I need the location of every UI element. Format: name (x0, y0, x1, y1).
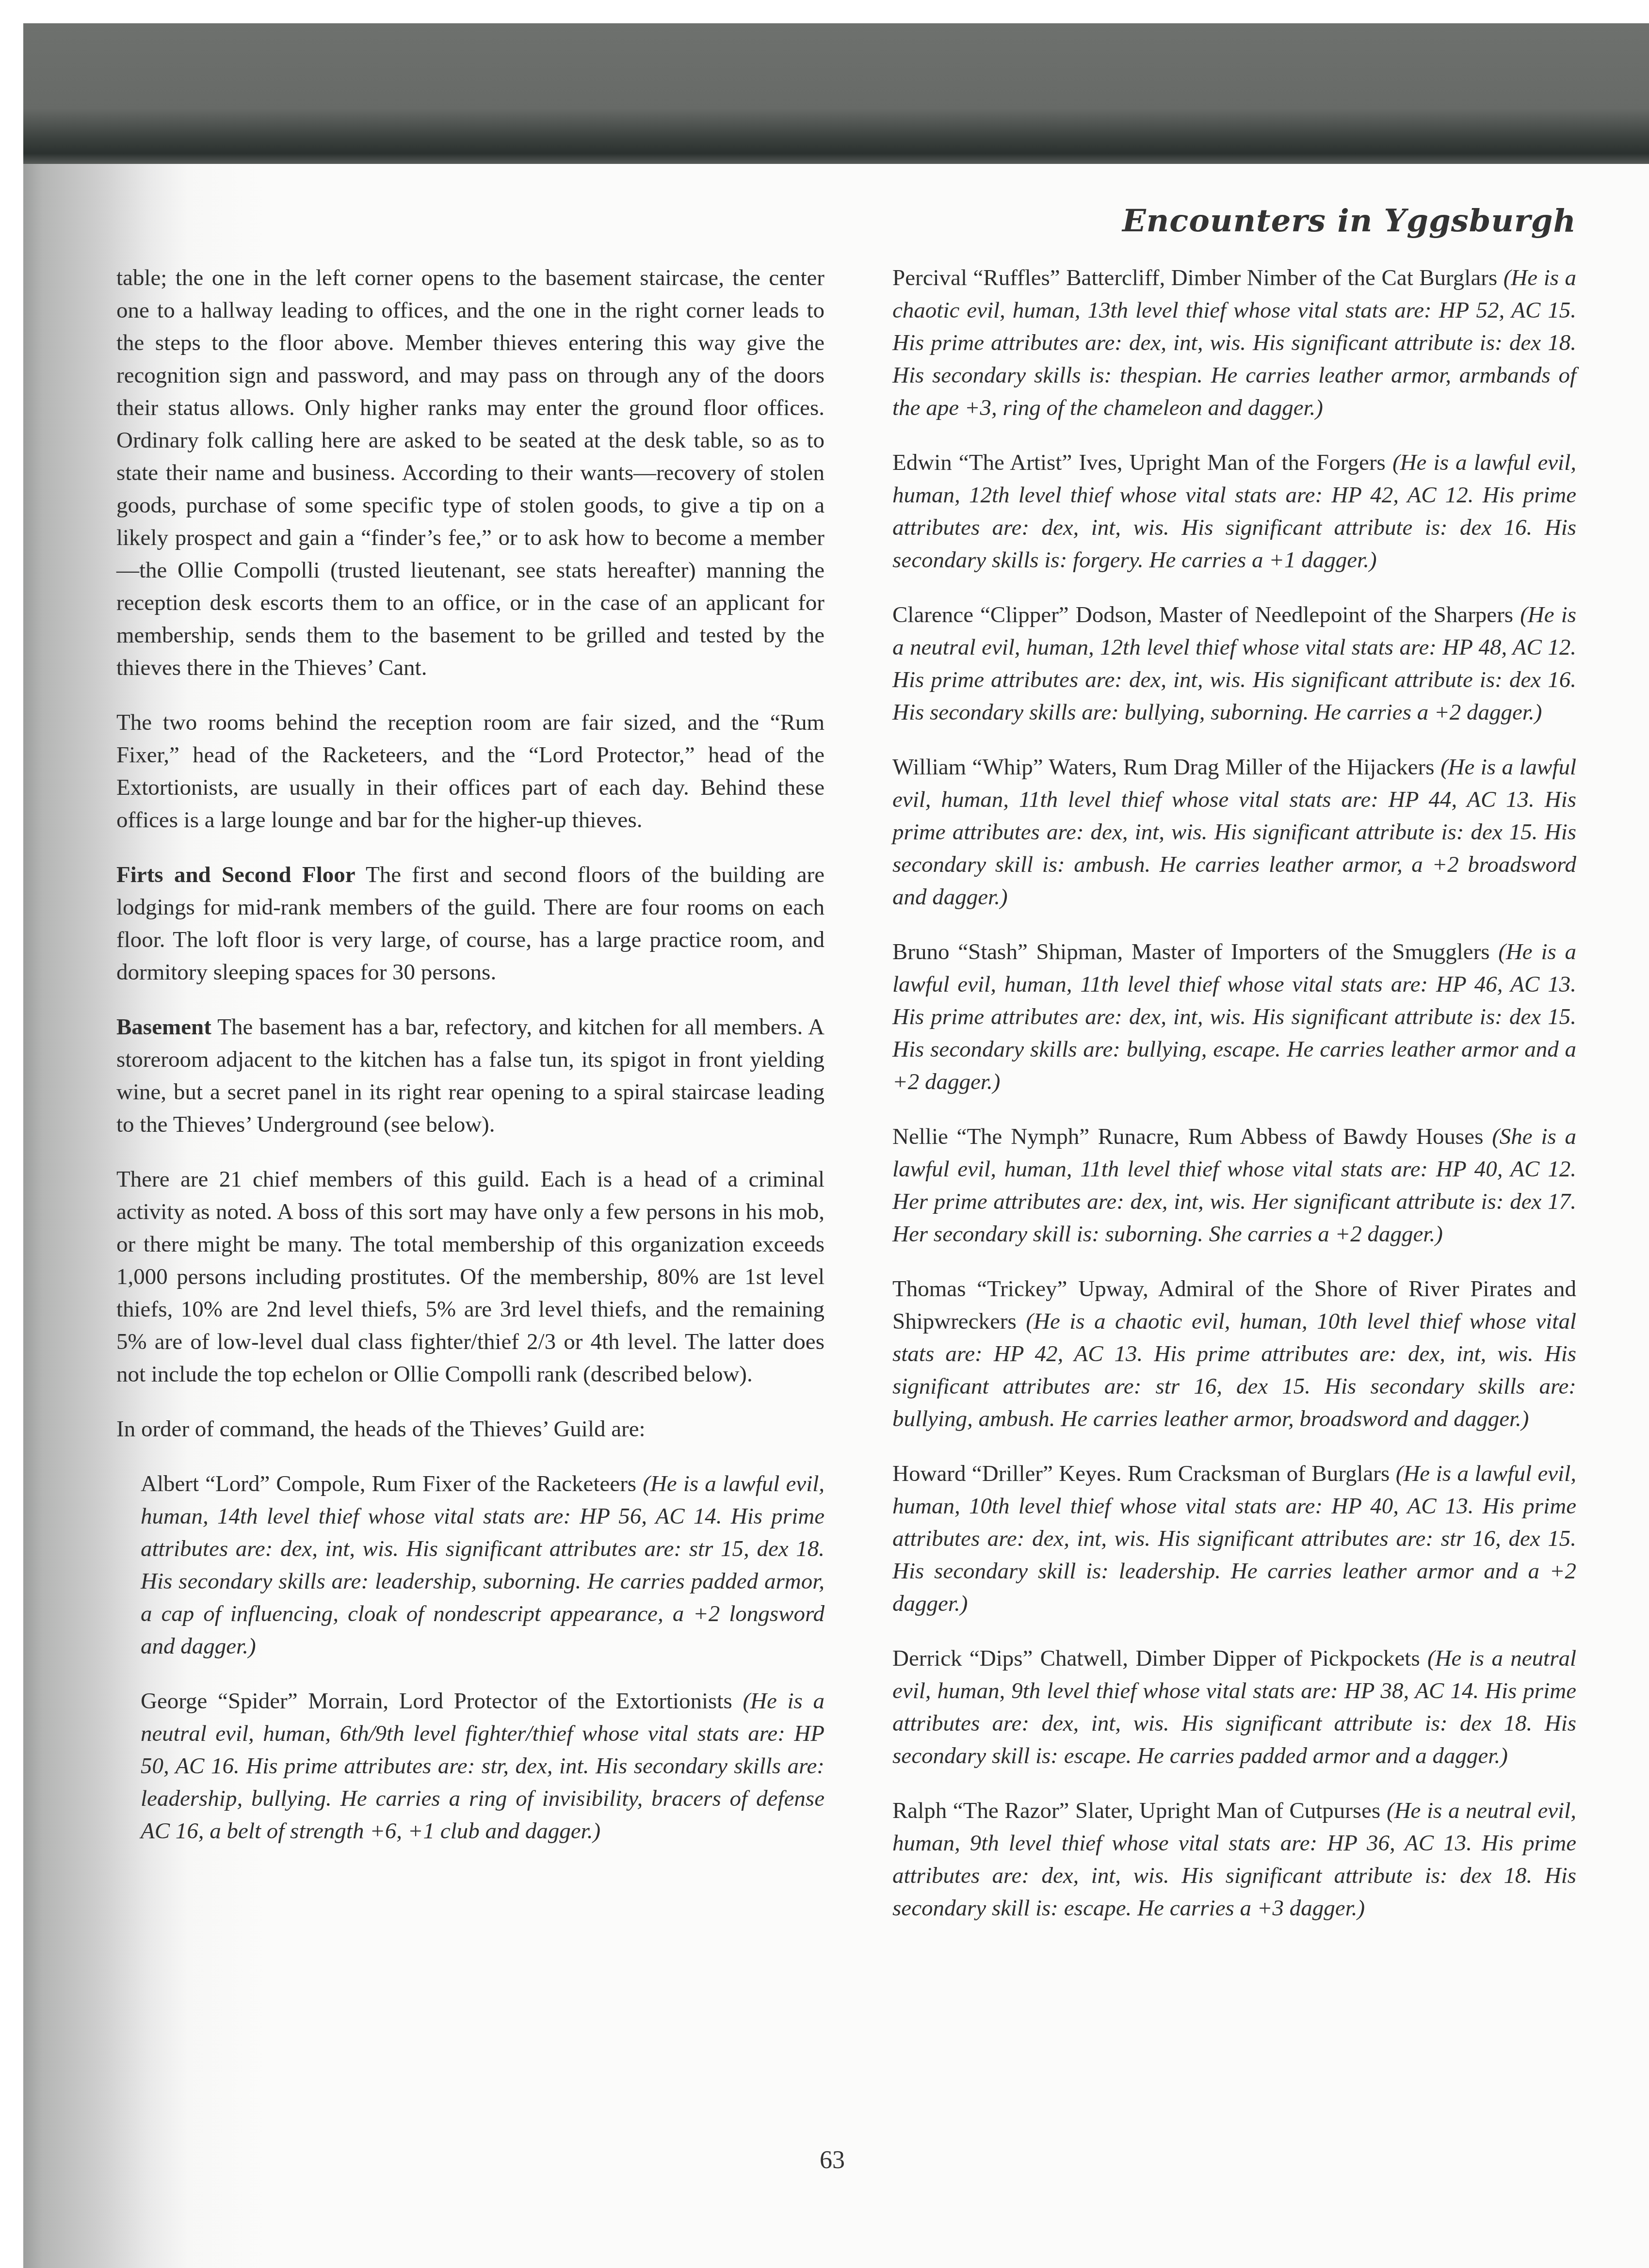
section-lead-floors: Firts and Second Floor (116, 862, 356, 887)
right-column: Percival “Ruffles” Battercliff, Dimber N… (892, 262, 1576, 1947)
guild-head-entry: Howard “Driller” Keyes. Rum Cracksman of… (892, 1458, 1576, 1620)
guild-head-entry: William “Whip” Waters, Rum Drag Miller o… (892, 751, 1576, 914)
guild-head-entry: Clarence “Clipper” Dodson, Master of Nee… (892, 599, 1576, 729)
guild-head-name: George “Spider” Morrain, Lord Protector … (141, 1689, 743, 1714)
guild-head-entry: Bruno “Stash” Shipman, Master of Importe… (892, 936, 1576, 1098)
section-lead-basement: Basement (116, 1014, 211, 1040)
guild-head-entry: Edwin “The Artist” Ives, Upright Man of … (892, 447, 1576, 577)
paragraph-command-intro: In order of command, the heads of the Th… (116, 1413, 824, 1446)
guild-head-entry: Derrick “Dips” Chatwell, Dimber Dipper o… (892, 1642, 1576, 1772)
guild-head-entry: Thomas “Trickey” Upway, Admiral of the S… (892, 1273, 1576, 1435)
guild-head-entry: Nellie “The Nymph” Runacre, Rum Abbess o… (892, 1121, 1576, 1251)
guild-head-stats: (He is a lawful evil, human, 14th level … (141, 1471, 824, 1659)
guild-head-entry: George “Spider” Morrain, Lord Protector … (141, 1685, 824, 1848)
guild-head-name: William “Whip” Waters, Rum Drag Miller o… (892, 755, 1440, 780)
page-number: 63 (820, 2146, 845, 2174)
guild-head-name: Nellie “The Nymph” Runacre, Rum Abbess o… (892, 1124, 1492, 1149)
running-head: Encounters in Yggsburgh (1122, 203, 1576, 239)
guild-head-name: Edwin “The Artist” Ives, Upright Man of … (892, 450, 1392, 475)
guild-head-name: Howard “Driller” Keyes. Rum Cracksman of… (892, 1461, 1396, 1486)
guild-head-name: Albert “Lord” Compole, Rum Fixer of the … (141, 1471, 643, 1496)
guild-head-name: Derrick “Dips” Chatwell, Dimber Dipper o… (892, 1646, 1427, 1671)
guild-head-name: Bruno “Stash” Shipman, Master of Importe… (892, 939, 1498, 965)
guild-head-entry: Percival “Ruffles” Battercliff, Dimber N… (892, 262, 1576, 424)
guild-head-entry: Ralph “The Razor” Slater, Upright Man of… (892, 1795, 1576, 1925)
paragraph-basement: Basement The basement has a bar, refecto… (116, 1011, 824, 1141)
scanner-shadow-strip (23, 23, 1649, 165)
paragraph-floors: Firts and Second Floor The first and sec… (116, 859, 824, 989)
left-column: table; the one in the left corner opens … (116, 262, 824, 1870)
paragraph-membership: There are 21 chief members of this guild… (116, 1163, 824, 1391)
guild-head-name: Ralph “The Razor” Slater, Upright Man of… (892, 1798, 1387, 1823)
guild-head-name: Percival “Ruffles” Battercliff, Dimber N… (892, 265, 1503, 290)
paragraph-reception: table; the one in the left corner opens … (116, 262, 824, 684)
paragraph-offices: The two rooms behind the reception room … (116, 707, 824, 836)
guild-head-name: Clarence “Clipper” Dodson, Master of Nee… (892, 602, 1520, 627)
guild-head-entry: Albert “Lord” Compole, Rum Fixer of the … (141, 1468, 824, 1663)
